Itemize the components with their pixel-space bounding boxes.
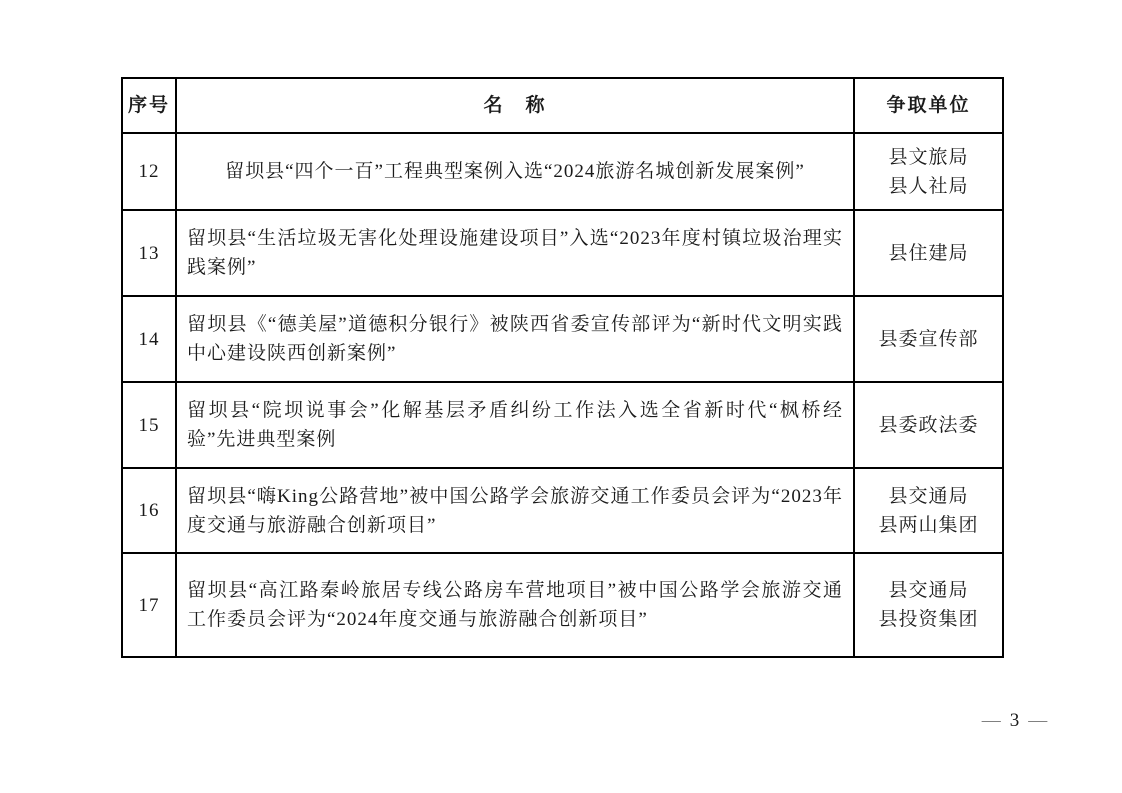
case-name-cell: 留坝县“生活垃圾无害化处理设施建设项目”入选“2023年度村镇垃圾治理实践案例” [176, 210, 854, 296]
serial-number-cell: 16 [122, 468, 176, 553]
case-name-cell: 留坝县“高江路秦岭旅居专线公路房车营地项目”被中国公路学会旅游交通工作委员会评为… [176, 553, 854, 657]
page-number-value: 3 [1002, 710, 1029, 731]
unit-cell: 县交通局 县两山集团 [854, 468, 1003, 553]
table-row: 12 留坝县“四个一百”工程典型案例入选“2024旅游名城创新发展案例” 县文旅… [122, 133, 1003, 210]
serial-number-cell: 12 [122, 133, 176, 210]
page-number-right-dash: — [1028, 710, 1048, 731]
table-row: 14 留坝县《“德美屋”道德积分银行》被陕西省委宣传部评为“新时代文明实践中心建… [122, 296, 1003, 382]
case-name-cell: 留坝县“四个一百”工程典型案例入选“2024旅游名城创新发展案例” [176, 133, 854, 210]
case-name-cell: 留坝县《“德美屋”道德积分银行》被陕西省委宣传部评为“新时代文明实践中心建设陕西… [176, 296, 854, 382]
table-row: 15 留坝县“院坝说事会”化解基层矛盾纠纷工作法入选全省新时代“枫桥经验”先进典… [122, 382, 1003, 468]
serial-number-cell: 17 [122, 553, 176, 657]
page-number-left-dash: — [982, 710, 1002, 731]
header-name: 名 称 [176, 78, 854, 133]
awards-table: 序号 名 称 争取单位 12 留坝县“四个一百”工程典型案例入选“2024旅游名… [121, 77, 1004, 658]
header-unit: 争取单位 [854, 78, 1003, 133]
header-serial-number: 序号 [122, 78, 176, 133]
unit-cell: 县交通局 县投资集团 [854, 553, 1003, 657]
document-page: 序号 名 称 争取单位 12 留坝县“四个一百”工程典型案例入选“2024旅游名… [0, 0, 1122, 793]
serial-number-cell: 14 [122, 296, 176, 382]
serial-number-cell: 15 [122, 382, 176, 468]
unit-cell: 县委宣传部 [854, 296, 1003, 382]
page-number: —3— [970, 710, 1060, 732]
unit-cell: 县文旅局 县人社局 [854, 133, 1003, 210]
table-header-row: 序号 名 称 争取单位 [122, 78, 1003, 133]
table-row: 13 留坝县“生活垃圾无害化处理设施建设项目”入选“2023年度村镇垃圾治理实践… [122, 210, 1003, 296]
table-row: 16 留坝县“嗨King公路营地”被中国公路学会旅游交通工作委员会评为“2023… [122, 468, 1003, 553]
case-name-cell: 留坝县“院坝说事会”化解基层矛盾纠纷工作法入选全省新时代“枫桥经验”先进典型案例 [176, 382, 854, 468]
case-name-cell: 留坝县“嗨King公路营地”被中国公路学会旅游交通工作委员会评为“2023年度交… [176, 468, 854, 553]
serial-number-cell: 13 [122, 210, 176, 296]
unit-cell: 县委政法委 [854, 382, 1003, 468]
table-row: 17 留坝县“高江路秦岭旅居专线公路房车营地项目”被中国公路学会旅游交通工作委员… [122, 553, 1003, 657]
unit-cell: 县住建局 [854, 210, 1003, 296]
